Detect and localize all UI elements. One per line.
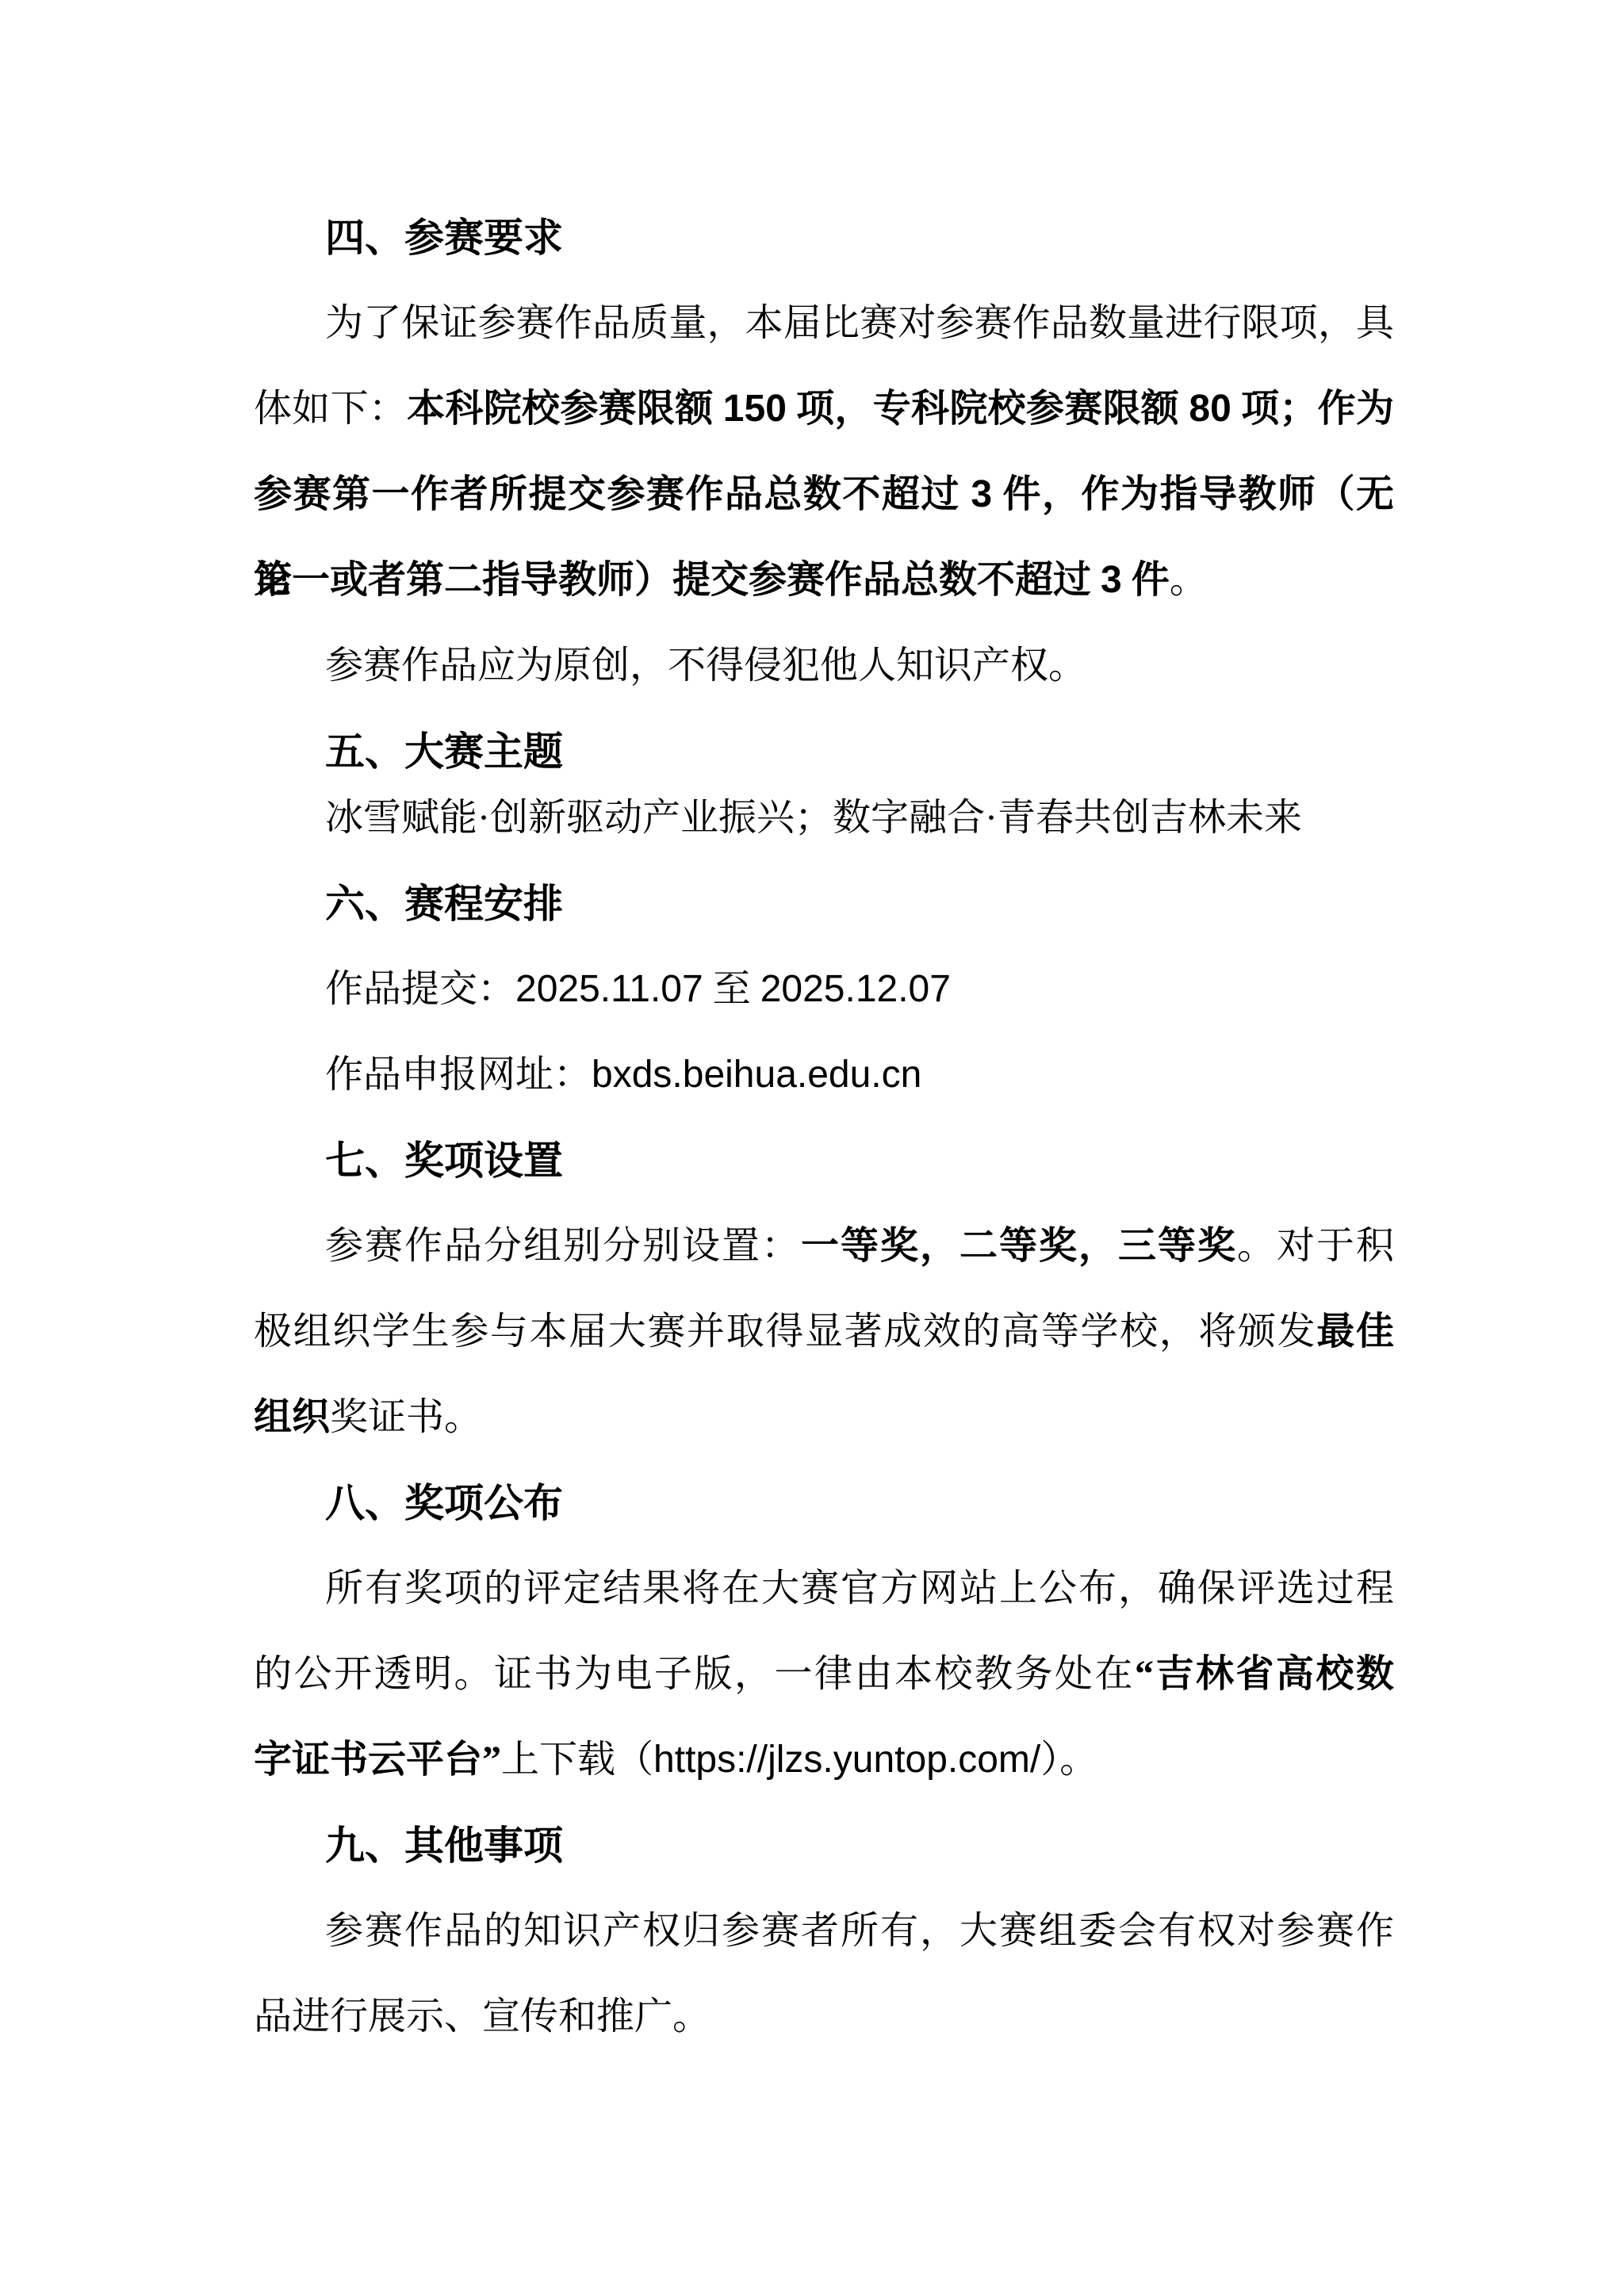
text-run: 参赛作品应为原创，不得侵犯他人知识产权。: [325, 645, 1086, 687]
text-run: 第一或者第二指导教师）提交参赛作品总数不超过: [254, 559, 1101, 601]
text-run: 件: [1122, 559, 1170, 601]
paragraph-line-submission-site: 作品申报网址：bxds.beihua.edu.cn: [254, 1032, 1394, 1118]
paragraph-line: 参赛作品应为原创，不得侵犯他人知识产权。: [254, 623, 1394, 709]
text-run: 本科院校参赛限额: [407, 388, 723, 430]
text-run: https://jlzs.yuntop.com/: [653, 1739, 1040, 1781]
text-run: 。: [1170, 559, 1208, 601]
paragraph-line-submission-dates: 作品提交：2025.11.07 至 2025.12.07: [254, 947, 1394, 1032]
paragraph-line: 第一或者第二指导教师）提交参赛作品总数不超过 3 件。: [254, 538, 1394, 623]
text-run: 所有奖项的评定结果将在大赛官方网站上公布，确保评选过程: [325, 1567, 1394, 1609]
text-run: 的公开透明。证书为电子版，一律由本校教务处在: [254, 1653, 1135, 1695]
paragraph-line: 参赛作品的知识产权归参赛者所有，大赛组委会有权对参赛作: [254, 1888, 1394, 1974]
text-run: 80: [1189, 388, 1231, 430]
text-run: 项；作为: [1231, 388, 1394, 430]
paragraph-line: 的公开透明。证书为电子版，一律由本校教务处在“吉林省高校数: [254, 1632, 1394, 1717]
paragraph-line: 冰雪赋能·创新驱动产业振兴；数字融合·青春共创吉林未来: [254, 775, 1394, 861]
paragraph-line-certificate-url: 字证书云平台”上下载（https://jlzs.yuntop.com/）。: [254, 1717, 1394, 1803]
heading-4-requirements: 四、参赛要求: [254, 195, 1394, 281]
heading-text: 五、大赛主题: [325, 729, 563, 774]
text-run: 最佳: [1316, 1311, 1394, 1353]
paragraph-line: 所有奖项的评定结果将在大赛官方网站上公布，确保评选过程: [254, 1546, 1394, 1632]
text-run: 字证书云平台”: [254, 1739, 501, 1781]
text-run: 3: [1101, 559, 1122, 601]
heading-text: 九、其他事项: [325, 1823, 563, 1868]
paragraph-line: 体如下：本科院校参赛限额 150 项，专科院校参赛限额 80 项；作为: [254, 366, 1394, 452]
text-run: 一等奖，二等奖，三等奖: [801, 1225, 1237, 1267]
text-run: 组织: [254, 1396, 330, 1438]
text-run: 项，专科院校参赛限额: [787, 388, 1189, 430]
text-run: 150: [723, 388, 787, 430]
paragraph-line: 为了保证参赛作品质量，本届比赛对参赛作品数量进行限项，具: [254, 281, 1394, 366]
text-run: 为了保证参赛作品质量，本届比赛对参赛作品数量进行限项，具: [325, 302, 1394, 344]
text-run: 2025.11.07: [515, 968, 703, 1010]
text-run: 冰雪赋能·创新驱动产业振兴；数字融合·青春共创吉林未来: [325, 797, 1302, 839]
text-run: 参赛作品的知识产权归参赛者所有，大赛组委会有权对参赛作: [325, 1910, 1394, 1952]
text-run: 体如下：: [254, 388, 407, 430]
text-run: bxds.beihua.edu.cn: [592, 1054, 921, 1096]
heading-text: 七、奖项设置: [325, 1138, 563, 1183]
text-run: 2025.12.07: [760, 968, 951, 1010]
text-run: 参赛作品分组别分别设置：: [325, 1225, 801, 1267]
heading-text: 八、奖项公布: [325, 1481, 563, 1525]
paragraph-line: 极组织学生参与本届大赛并取得显著成效的高等学校，将颁发最佳: [254, 1289, 1394, 1375]
paragraph-line: 品进行展示、宣传和推广。: [254, 1974, 1394, 2060]
heading-6-schedule: 六、赛程安排: [254, 861, 1394, 947]
document-body: 四、参赛要求 为了保证参赛作品质量，本届比赛对参赛作品数量进行限项，具 体如下：…: [254, 195, 1394, 2060]
text-run: 作品申报网址：: [325, 1054, 592, 1096]
text-run: 3: [971, 473, 992, 515]
heading-text: 六、赛程安排: [325, 882, 563, 926]
text-run: 极组织学生参与本届大赛并取得显著成效的高等学校，将颁发: [254, 1311, 1316, 1353]
text-run: 上下载（: [501, 1739, 653, 1781]
text-run: 奖证书。: [330, 1396, 482, 1438]
text-run: 作品提交：: [325, 968, 515, 1010]
paragraph-line: 参赛作品分组别分别设置：一等奖，二等奖，三等奖。对于积: [254, 1203, 1394, 1289]
text-run: 至: [703, 968, 760, 1010]
heading-9-other: 九、其他事项: [254, 1803, 1394, 1888]
text-run: ）。: [1040, 1739, 1097, 1781]
text-run: 参赛第一作者所提交参赛作品总数不超过: [254, 473, 971, 515]
text-run: “吉林省高校数: [1135, 1653, 1394, 1695]
paragraph-line: 参赛第一作者所提交参赛作品总数不超过 3 件，作为指导教师（无论: [254, 452, 1394, 538]
paragraph-line: 组织奖证书。: [254, 1375, 1394, 1460]
document-page: { "page": { "background": "#ffffff", "te…: [0, 0, 1624, 2296]
heading-8-announcement: 八、奖项公布: [254, 1460, 1394, 1546]
text-run: 品进行展示、宣传和推广。: [254, 1996, 710, 2038]
text-run: 。对于积: [1237, 1225, 1394, 1267]
heading-7-awards: 七、奖项设置: [254, 1118, 1394, 1203]
heading-text: 四、参赛要求: [325, 216, 563, 260]
